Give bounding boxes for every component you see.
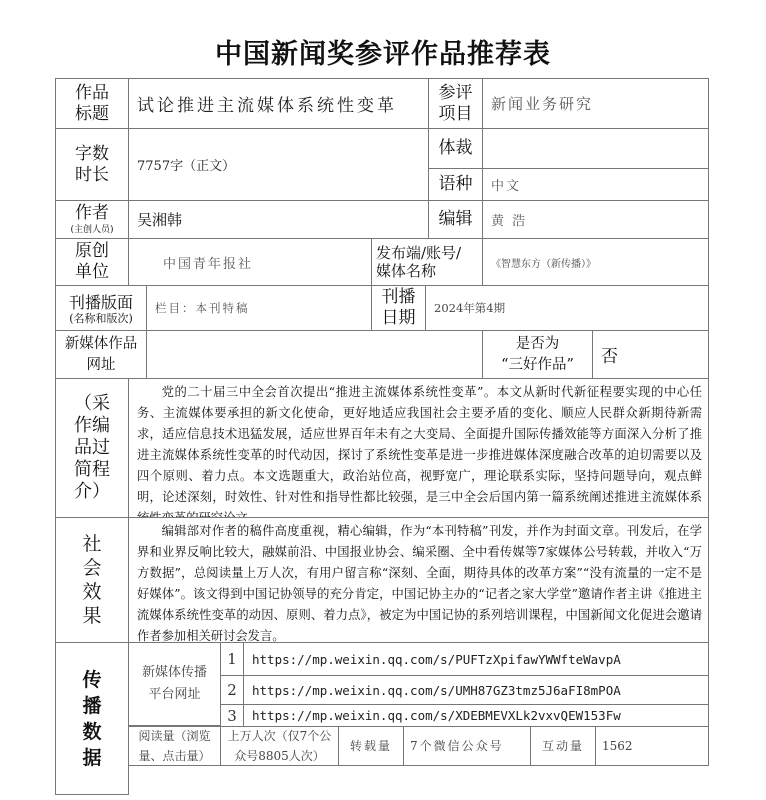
process-label: （采作编品过简程介） — [55, 378, 129, 518]
label-text: （采作编品过简程介） — [68, 393, 116, 503]
label-line: 新媒体作品 — [65, 336, 138, 352]
word-count-label: 字数时长 — [55, 128, 129, 201]
label-line: 作者 — [75, 203, 109, 223]
reads-value: 上万人次（仅7个公众号8805人次） — [220, 726, 339, 766]
publisher-value: 《智慧东方（新传播）》 — [482, 238, 709, 286]
editor-value: 黄 浩 — [482, 200, 709, 239]
label-text: 社会效果 — [81, 532, 103, 628]
label-line: 发布端/账号/ — [376, 244, 461, 262]
editor-label: 编辑 — [428, 200, 483, 239]
interact-label: 互动量 — [530, 726, 596, 766]
label-line: “三好作品” — [501, 357, 574, 373]
label-sub: (主创人员) — [70, 224, 113, 236]
label-line: 项目 — [439, 104, 473, 124]
language-value: 中文 — [482, 168, 709, 201]
url-index: 2 — [220, 675, 244, 705]
url-link-1[interactable]: https://mp.weixin.qq.com/s/PUFTzXpifawYW… — [243, 642, 709, 676]
word-count-value: 7757字（正文） — [128, 128, 429, 201]
interact-value: 1562 — [595, 726, 709, 766]
layout-label: 刊播版面(名称和版次) — [55, 285, 147, 331]
new-media-url-value — [146, 330, 483, 379]
label-line: 标题 — [75, 104, 109, 124]
work-title-label: 作品标题 — [55, 78, 129, 129]
label-line: 原创 — [75, 241, 109, 261]
process-text: 党的二十届三中全会首次提出“推进主流媒体系统性变革”。本文从新时代新征程要实现的… — [128, 378, 709, 518]
url-link-2[interactable]: https://mp.weixin.qq.com/s/UMH87GZ3tmz5J… — [243, 675, 709, 705]
label-line: 平台网址 — [148, 687, 200, 702]
url-link-3[interactable]: https://mp.weixin.qq.com/s/XDEBMEVXLk2vx… — [243, 704, 709, 727]
publish-date-value: 2024年第4期 — [425, 285, 709, 331]
spread-label: 传播数据 — [55, 642, 129, 795]
form-title: 中国新闻奖参评作品推荐表 — [0, 32, 766, 71]
label-line: 刊播 — [382, 287, 416, 307]
label-line: 字数 — [75, 144, 109, 164]
original-unit-label: 原创单位 — [55, 238, 129, 286]
three-good-value: 否 — [592, 330, 709, 379]
social-effect-text: 编辑部对作者的稿件高度重视，精心编辑，作为“本刊特稿”刊发，并作为封面文章。刊发… — [128, 517, 709, 643]
genre-value — [482, 128, 709, 169]
category-label: 参评项目 — [428, 78, 483, 129]
reprint-value: 7个微信公众号 — [403, 726, 531, 766]
label-text: 传播数据 — [81, 667, 103, 771]
reads-label: 阅读量（浏览量、点击量） — [128, 726, 221, 766]
label-line: 日期 — [382, 308, 416, 328]
publish-date-label: 刊播日期 — [371, 285, 426, 331]
label-line: 媒体名称 — [376, 262, 436, 280]
url-index: 1 — [220, 642, 244, 676]
label-line: 新媒体传播 — [142, 665, 207, 680]
label-line: 是否为 — [516, 336, 560, 352]
platform-url-label: 新媒体传播平台网址 — [128, 642, 221, 726]
layout-value: 栏目：本刊特稿 — [146, 285, 372, 331]
label-line: 单位 — [75, 262, 109, 282]
original-unit-value: 中国青年报社 — [128, 238, 372, 286]
label-line: 网址 — [87, 357, 116, 373]
url-index: 3 — [220, 704, 244, 727]
genre-label: 体裁 — [428, 128, 483, 169]
label-sub: (名称和版次) — [69, 313, 133, 325]
publisher-label: 发布端/账号/媒体名称 — [371, 238, 483, 286]
author-value: 吴湘韩 — [128, 200, 429, 239]
language-label: 语种 — [428, 168, 483, 201]
three-good-label: 是否为“三好作品” — [482, 330, 593, 379]
social-effect-label: 社会效果 — [55, 517, 129, 643]
label-line: 作品 — [75, 83, 109, 103]
author-label: 作者(主创人员) — [55, 200, 129, 239]
label-line: 参评 — [439, 83, 473, 103]
reprint-label: 转载量 — [338, 726, 404, 766]
work-title-value: 试论推进主流媒体系统性变革 — [128, 78, 429, 129]
new-media-url-label: 新媒体作品网址 — [55, 330, 147, 379]
label-line: 时长 — [75, 165, 109, 185]
category-value: 新闻业务研究 — [482, 78, 709, 129]
label-line: 刊播版面 — [69, 293, 133, 312]
